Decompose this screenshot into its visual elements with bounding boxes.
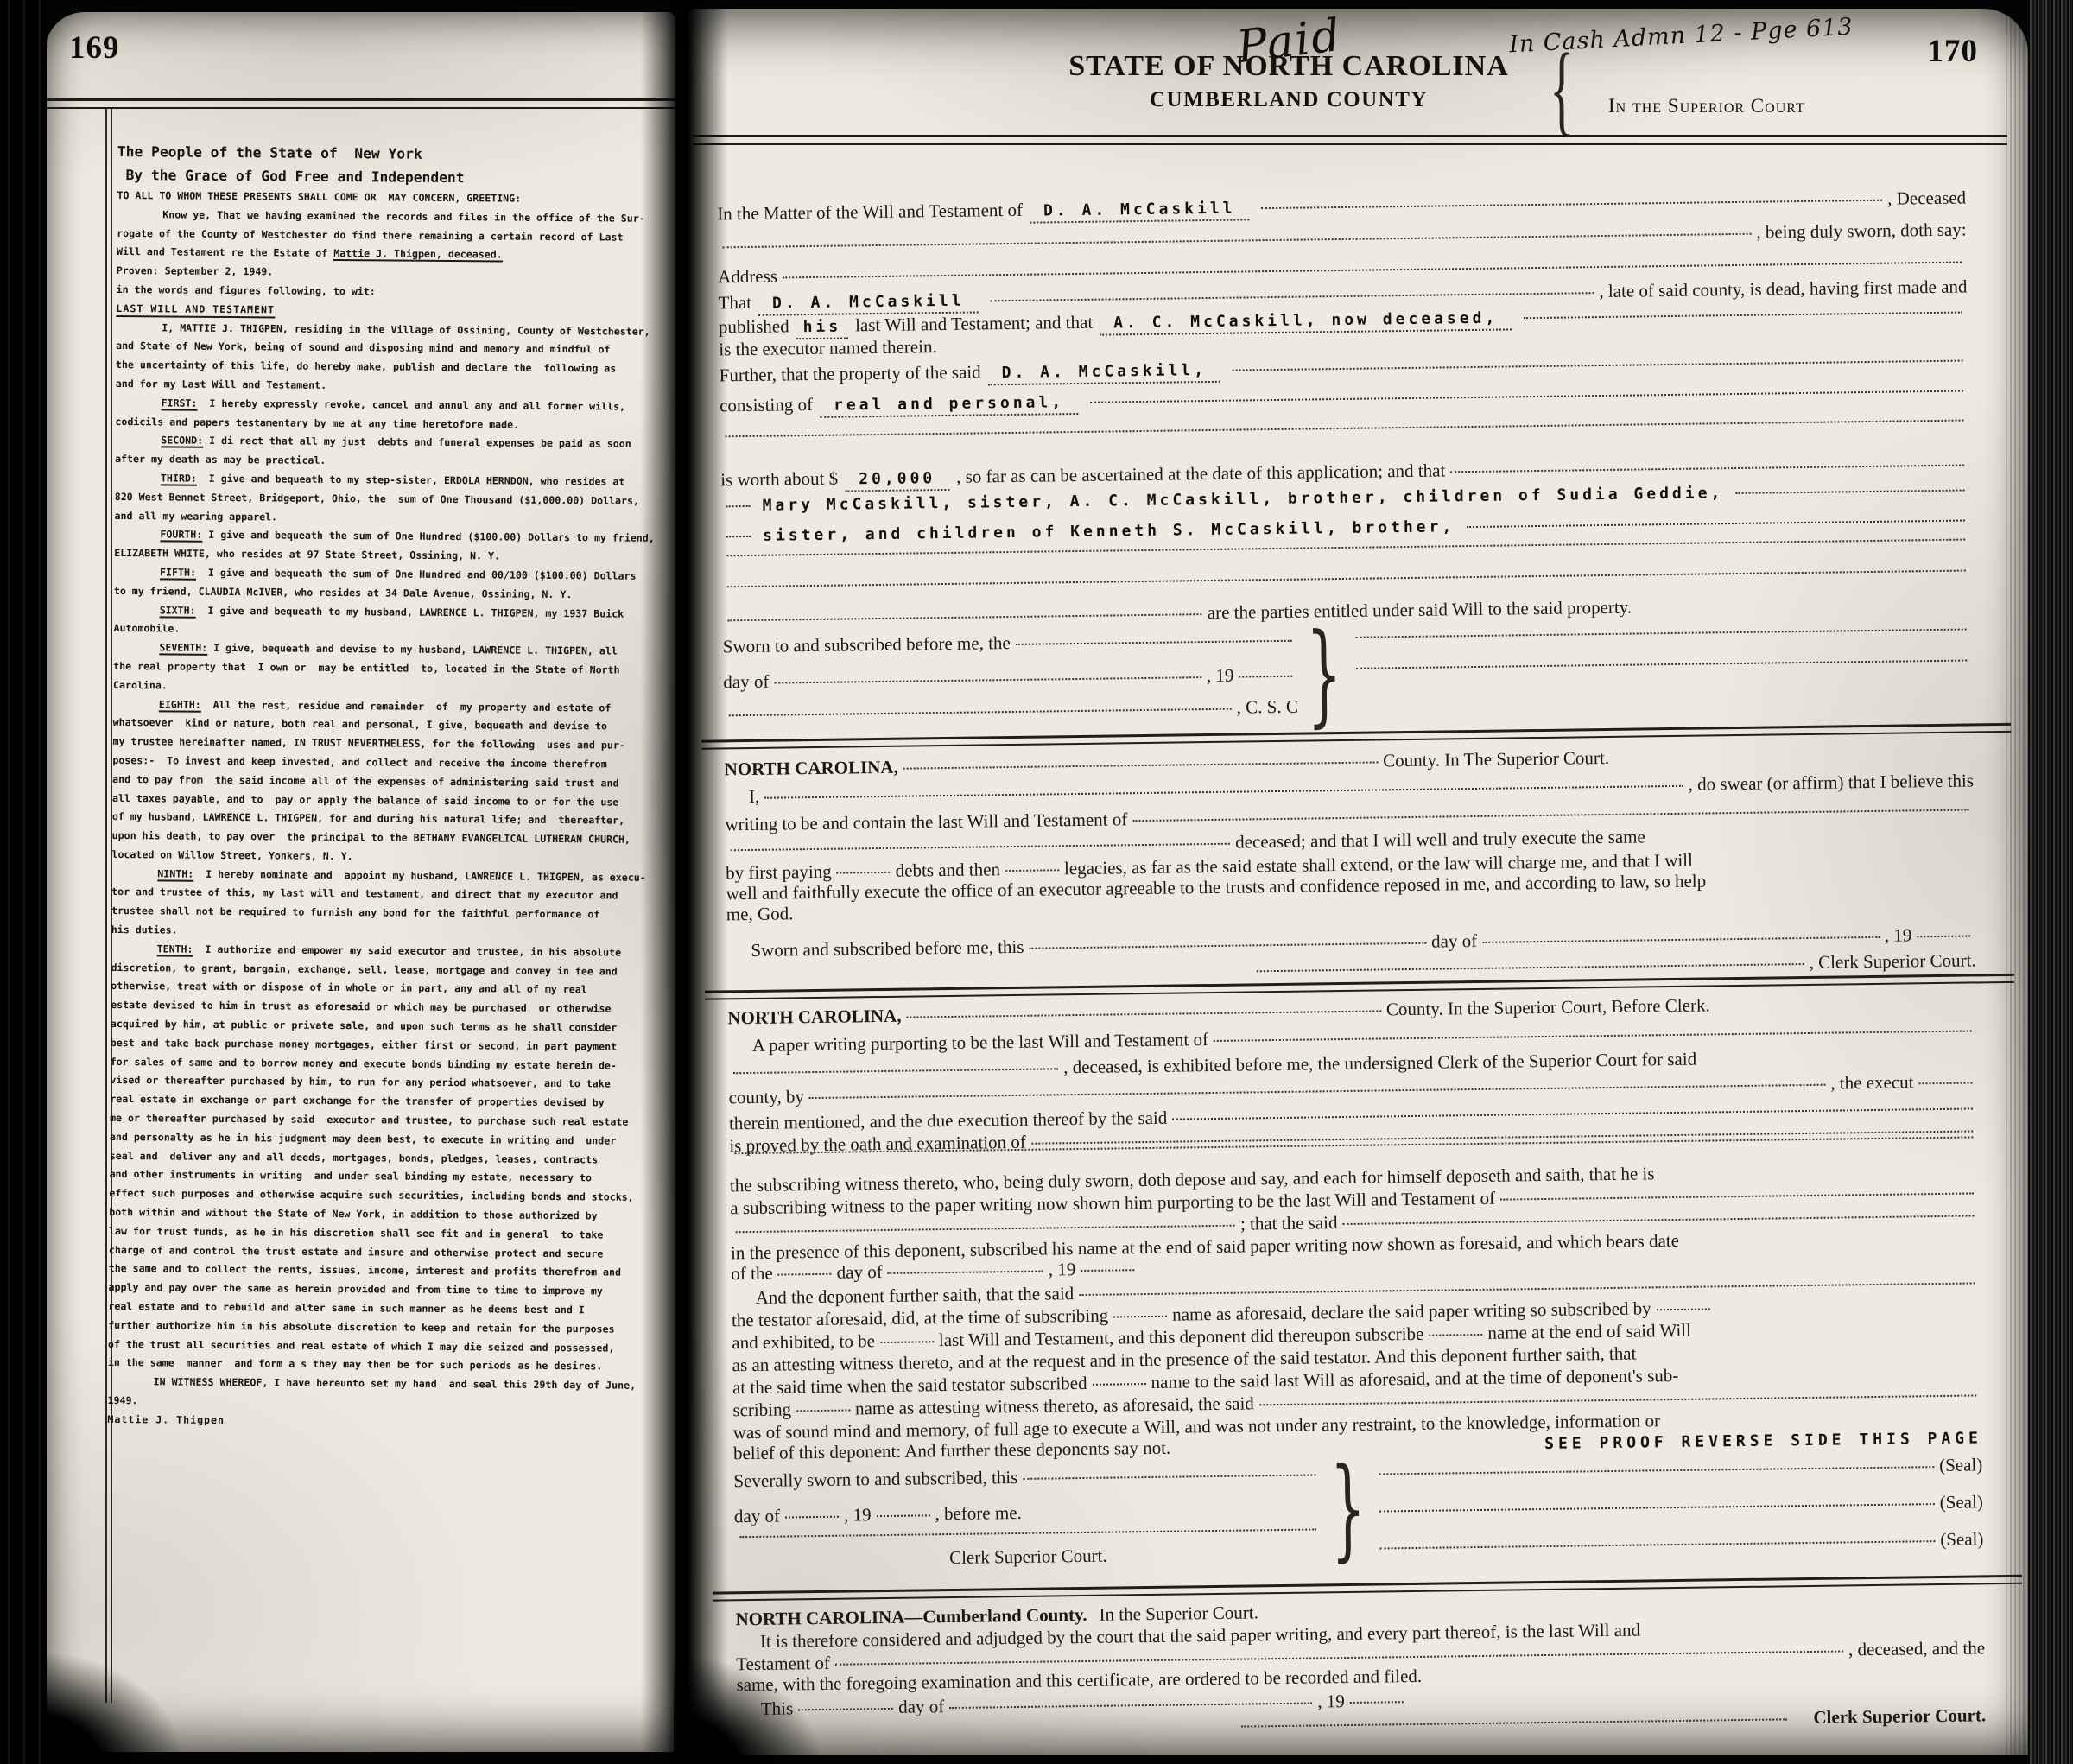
severally-left: Severally sworn to and subscribed, this … (733, 1463, 1322, 1571)
right-page: 170 Paid In Cash Admn 12 - Pge 613 STATE… (684, 9, 2028, 1755)
dotted-line (1005, 869, 1059, 872)
form-label: deceased; and that I will well and truly… (1235, 826, 1645, 853)
will-paragraph-sixth: SIXTH: I give and bequeath to my husband… (113, 601, 675, 644)
typed-heirs: sister, and children of Kenneth S. McCas… (763, 517, 1455, 544)
state-label: NORTH CAROLINA, (724, 757, 897, 781)
seal-column: (Seal) (Seal) (Seal) (1373, 1454, 1983, 1558)
dotted-line (1090, 390, 1963, 403)
witness-clause: IN WITNESS WHEREOF, I have hereunto set … (107, 1373, 669, 1415)
seal-line: (Seal) (1374, 1528, 1983, 1558)
jurat-block: Sworn to and subscribed before me, the d… (723, 619, 1973, 730)
dotted-line (731, 843, 1230, 852)
seal-line: (Seal) (1373, 1454, 1982, 1483)
form-label: day of (723, 671, 769, 694)
dotted-line (1023, 1474, 1315, 1479)
form-label: Address (718, 266, 777, 289)
will-paragraph-second: SECOND: I di rect that all my just debts… (115, 431, 676, 473)
dotted-line (1429, 1334, 1482, 1336)
page-edge-striations (2006, 9, 2028, 1755)
signature-line (1351, 663, 1972, 672)
dotted-line (991, 292, 1594, 301)
dotted-line (837, 872, 891, 874)
form-label: county, by (728, 1086, 804, 1108)
dotted-line (877, 1514, 930, 1517)
dotted-line (1343, 1215, 1975, 1225)
dotted-line (903, 761, 1378, 769)
book-edge-right (2028, 0, 2073, 1764)
estate-name: Mattie J. Thigpen, deceased. (333, 247, 503, 263)
form-label: , 19 (1049, 1259, 1076, 1280)
dotted-line (1079, 1282, 1975, 1296)
clerk-label: Clerk Superior Court. (734, 1542, 1322, 1571)
seal-line: (Seal) (1374, 1491, 1983, 1520)
form-label: debts and then (896, 859, 1001, 882)
form-label: , the execut (1830, 1071, 1914, 1094)
dotted-line (726, 420, 1964, 438)
paragraph-label: SECOND: (161, 435, 203, 448)
typed-decedent-name: D. A. McCaskill (758, 291, 979, 315)
corner-shadow (35, 1653, 181, 1764)
typed-property-type: real and personal, (820, 393, 1078, 418)
form-label: In the Matter of the Will and Testament … (717, 200, 1023, 225)
dotted-line (1350, 1701, 1404, 1704)
form-label: , late of said county, is dead, having f… (1599, 276, 1967, 302)
will-paragraph-seventh: SEVENTH: I give, bequeath and devise to … (113, 638, 675, 699)
will-paragraph-fourth: FOURTH: I give and bequeath the sum of O… (114, 525, 675, 568)
form-label: That (718, 292, 751, 314)
form-label: County. In the Superior Court, Before Cl… (1386, 994, 1710, 1020)
proclamation: The People of the State of New York By t… (117, 140, 679, 191)
form-label: day of (1431, 930, 1477, 953)
paragraph-label: THIRD: (161, 472, 197, 485)
form-label: are the parties entitled under said Will… (1208, 597, 1632, 624)
form-label: In the Superior Court. (1099, 1602, 1258, 1625)
form-label: I, (725, 786, 760, 809)
form-label: me, God. (726, 903, 794, 925)
form-label: , 19 (1885, 924, 1912, 946)
form-row-severally: Severally sworn to and subscribed, this (733, 1463, 1321, 1492)
form-label: A paper writing purporting to be the las… (728, 1029, 1209, 1056)
will-paragraph-tenth: TENTH: I authorize and empower my said e… (108, 940, 673, 1377)
paragraph-label: TENTH: (157, 942, 193, 956)
form-label: , deceased, is exhibited before me, the … (1063, 1049, 1696, 1079)
form-label: Severally sworn to and subscribed, this (733, 1467, 1017, 1492)
form-label: , 19 (1207, 665, 1234, 687)
severally-brace: } (1329, 1463, 1366, 1557)
spacer (727, 975, 1252, 982)
form-label: day of (898, 1696, 944, 1718)
form-label: writing to be and contain the last Will … (725, 809, 1127, 835)
form-row-blank (722, 573, 1971, 591)
form-label: , C. S. C (1237, 696, 1299, 719)
paragraph-label: FOURTH: (160, 529, 202, 543)
dotted-line (783, 262, 1962, 279)
dotted-line (729, 708, 1232, 717)
page-number-left: 169 (69, 29, 120, 67)
dotted-line (726, 505, 751, 507)
dotted-line (1242, 1718, 1788, 1727)
dotted-line (1113, 1316, 1167, 1318)
dotted-line (1379, 1466, 1934, 1475)
book-scan: 169 The People of the State of New York … (0, 0, 2073, 1764)
dotted-line (796, 1410, 850, 1412)
form-label: name at the end of said Will (1487, 1320, 1691, 1344)
form-label: , so far as can be ascertained at the da… (956, 460, 1445, 487)
adjudication-heading: NORTH CAROLINA—Cumberland County. (735, 1604, 1087, 1630)
signature-line (1350, 631, 1971, 641)
dotted-line (907, 1010, 1381, 1018)
dotted-line (1657, 1308, 1710, 1310)
form-label: by first paying (726, 861, 832, 885)
form-label: , deceased, and the (1848, 1637, 1985, 1660)
dotted-line (1081, 1269, 1134, 1272)
will-paragraph-fifth: FIFTH: I give and bequeath the sum of On… (114, 563, 675, 606)
form-label: , before me. (935, 1502, 1022, 1525)
probate-form: In the Matter of the Will and Testament … (681, 0, 2048, 1756)
dotted-line (1919, 1082, 1973, 1084)
dotted-line (1355, 629, 1966, 638)
dotted-line (774, 676, 1201, 683)
form-row-blank (720, 422, 1969, 441)
dotted-line (888, 1271, 1043, 1274)
form-label: , Clerk Superior Court. (1809, 949, 1975, 974)
form-label: And the deponent further saith, that the… (731, 1283, 1074, 1309)
dotted-line (727, 613, 1201, 621)
form-label: and exhibited, to be (732, 1330, 875, 1354)
dotted-line (778, 1273, 832, 1276)
form-label: day of (837, 1261, 883, 1284)
dotted-line (764, 785, 1683, 799)
paragraph-label: EIGHTH: (159, 698, 201, 712)
form-label: , do swear (or affirm) that I believe th… (1689, 770, 1975, 795)
form-label: belief of this deponent: And further the… (733, 1437, 1171, 1465)
form-label: of the (731, 1263, 773, 1285)
jurat-brace: } (1306, 628, 1342, 722)
dotted-line (785, 1516, 839, 1519)
typed-decedent-name: D. A. McCaskill (1030, 199, 1250, 223)
left-page: 169 The People of the State of New York … (45, 12, 675, 1752)
paragraph-label: SIXTH: (160, 604, 196, 618)
dotted-line (1482, 936, 1880, 943)
dotted-line (1257, 963, 1804, 972)
typed-pronoun: his (796, 317, 848, 339)
form-label: is the executor named therein. (719, 336, 937, 360)
form-label: , Deceased (1887, 187, 1966, 209)
signature-line (734, 1532, 1322, 1541)
dotted-line (739, 1528, 1316, 1538)
dotted-line (1172, 1107, 1973, 1120)
dotted-line (1214, 1030, 1972, 1041)
form-label: County. In The Superior Court. (1383, 747, 1609, 771)
dotted-line (736, 1225, 1235, 1234)
form-row-dayof: day of, 19 (723, 664, 1297, 694)
form-row-csc: , C. S. C (724, 696, 1298, 726)
dotted-line (1262, 200, 1883, 209)
form-label: , 19 (844, 1504, 872, 1526)
form-label: ; that the said (1240, 1212, 1338, 1234)
form-label: day of (734, 1506, 780, 1528)
see-proof-stamp: SEE PROOF REVERSE SIDE THIS PAGE (1544, 1429, 1982, 1453)
seal-label: (Seal) (1939, 1454, 1982, 1476)
form-label: , 19 (1317, 1691, 1345, 1712)
will-paragraph-eighth: EIGHTH: All the rest, residue and remain… (111, 695, 675, 868)
dotted-line (726, 536, 751, 537)
dotted-line (1132, 809, 1968, 822)
typed-estate-value: 20,000 (845, 469, 949, 492)
paragraph-label: FIRST: (162, 397, 198, 410)
intro-paragraph: I, MATTIE J. THIGPEN, residing in the Vi… (116, 319, 678, 398)
paragraph-label: NINTH: (157, 867, 193, 881)
severally-block: Severally sworn to and subscribed, this … (733, 1454, 1983, 1571)
dotted-line (1259, 1394, 1976, 1405)
form-label: scribing (732, 1399, 791, 1421)
dotted-line (733, 1068, 1058, 1074)
dotted-line (1380, 1540, 1936, 1549)
dotted-line (1093, 1383, 1146, 1386)
dotted-line (1239, 676, 1292, 678)
jurat-right (1350, 619, 1972, 672)
dotted-line (1233, 360, 1963, 371)
corner-shadow (674, 1657, 821, 1764)
dotted-line (1524, 312, 1962, 320)
form-label: Sworn and subscribed before me, this (726, 936, 1024, 962)
dotted-line (1917, 935, 1970, 937)
testator-signature: Mattie J. Thigpen (107, 1411, 669, 1434)
dotted-line (1379, 1503, 1935, 1512)
seal-label: (Seal) (1940, 1491, 1983, 1513)
dotted-line (723, 233, 1752, 249)
dotted-line (809, 1084, 1825, 1099)
form-label: Further, that the property of the said (720, 361, 981, 386)
typed-decedent-name: D. A. McCaskill, (988, 361, 1221, 386)
will-paragraph-first: FIRST: I hereby expressly revoke, cancel… (115, 394, 676, 436)
form-row-blank (721, 542, 1970, 560)
form-label: consisting of (720, 394, 813, 416)
form-row-dayof2: day of, 19, before me. (734, 1498, 1322, 1527)
paragraph-label: FIFTH: (160, 566, 196, 580)
paragraph-label: SEVENTH: (159, 642, 207, 656)
seal-label: (Seal) (1940, 1528, 1983, 1551)
dotted-line (1029, 942, 1426, 949)
form-row-sworn: Sworn to and subscribed before me, the (723, 629, 1297, 658)
dotted-line (1016, 640, 1292, 645)
clerk-label: Clerk Superior Court. (1813, 1704, 1986, 1729)
state-label: NORTH CAROLINA, (727, 1006, 901, 1030)
book-edge-left (0, 0, 47, 1764)
form-label: is worth about $ (720, 468, 838, 492)
dotted-line (949, 1703, 1312, 1709)
dotted-line (1356, 660, 1967, 669)
dotted-line (1500, 1192, 1974, 1200)
form-label: published (719, 315, 789, 338)
form-label: , being duly sworn, doth say: (1756, 219, 1967, 243)
top-rule-left (45, 98, 675, 109)
dotted-line (1467, 520, 1965, 529)
recital: Know ye, That we having examined the rec… (117, 206, 679, 304)
will-document-text: The People of the State of New York By t… (107, 140, 679, 1434)
dotted-line (880, 1341, 934, 1343)
dotted-line (1450, 465, 1964, 473)
jurat-left: Sworn to and subscribed before me, the d… (723, 629, 1298, 726)
form-label: Sworn to and subscribed before me, the (723, 632, 1011, 657)
will-paragraph-third: THIRD: I give and bequeath to my step-si… (114, 469, 675, 530)
dotted-line (727, 570, 1966, 588)
will-paragraph-ninth: NINTH: I hereby nominate and appoint my … (111, 865, 674, 944)
form-label: last Will and Testament; and that (855, 312, 1093, 337)
dotted-line (1735, 490, 1964, 494)
